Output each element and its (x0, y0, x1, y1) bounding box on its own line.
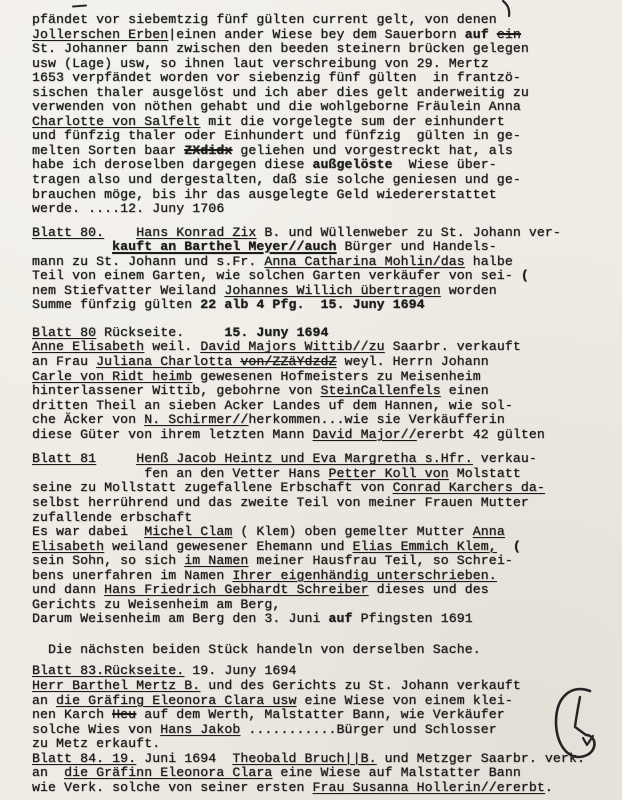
text-segment: Ihrer eigenhändig unterschrieben. (232, 568, 496, 583)
text-segment: seine zu Mollstatt zugefallene Erbschaft… (32, 480, 393, 495)
text-segment: Elias Emmich Klem, (353, 539, 497, 554)
text-segment: Rückseite. (96, 325, 224, 340)
text-segment: ererbt 42 gülten (417, 427, 545, 442)
text-line: solche Wies von Hans Jakob ...........Bü… (32, 723, 608, 738)
text-segment: weyl. Herrn Johann (337, 354, 489, 369)
text-segment (32, 239, 112, 254)
text-segment: Teil von einem Garten, wie solchen Garte… (32, 268, 521, 283)
text-line: Die nächsten beiden Stück handeln von de… (32, 643, 608, 658)
text-line: und fünfzig thaler oder Einhundert und f… (32, 129, 608, 144)
text-line: Gerichts zu Weisenheim am Berg, (32, 598, 608, 613)
text-segment: und dann (32, 582, 104, 597)
text-segment: sischen thaler ausgelöst und ich aber di… (32, 85, 529, 100)
text-segment: worden (441, 283, 497, 298)
text-segment: solche Wies von (32, 722, 160, 737)
text-line: diese Güter von ihrem letzten Mann David… (32, 428, 608, 443)
text-line: Jollerschen Erben|einen ander Wiese bey … (32, 28, 608, 43)
entry-blatt-81: Blatt 81 Henß Jacob Heintz und Eva Margr… (32, 452, 608, 627)
text-line: Elisabeth weiland gewesener Ehemann und … (32, 540, 608, 555)
text-segment: an (32, 693, 56, 708)
text-segment: an Frau (32, 354, 96, 369)
text-segment: Henß Jacob Heintz und Eva Margretha s.Hf… (136, 451, 473, 466)
text-segment: diese Güter von ihrem letzten Mann (32, 427, 312, 442)
text-line: 1653 verpfändet worden vor siebenzig fün… (32, 71, 608, 86)
text-segment: nem Stiefvatter Weiland (32, 283, 224, 298)
text-segment: außgelöste (312, 157, 392, 172)
text-segment: Blatt 83.Rückseite. (32, 663, 184, 678)
text-line: und dann Hans Friedrich Gebhardt Schreib… (32, 583, 608, 598)
text-segment: Darum Weisenheim am Berg den 3. Juni (32, 611, 329, 626)
text-segment: ( (513, 539, 521, 554)
text-segment (304, 297, 320, 312)
text-line: tragen also und dergestalten, daß sie so… (32, 173, 608, 188)
text-line: melten Sorten baar ZXdidx geliehen und v… (32, 144, 608, 159)
text-segment: und des Gerichts zu St. Johann verkauft (200, 678, 521, 693)
text-segment: Die nächsten beiden Stück handeln von de… (32, 642, 481, 657)
text-segment: 1653 verpfändet worden vor siebenzig fün… (32, 70, 521, 85)
text-segment: eine Wiese auf Malstatter Bann (272, 765, 520, 780)
entry-blatt-80-rueckseite: Blatt 80 Rückseite. 15. Juny 1694Anne El… (32, 326, 608, 442)
text-segment: St. Johanner bann zwischen den beeden st… (32, 41, 529, 56)
text-line: fen an den Vetter Hans Petter Koll von M… (32, 467, 608, 482)
text-segment: gewesenen Hofmeisters zu Meisenheim (192, 369, 481, 384)
text-line: werde. ....12. Juny 1706 (32, 202, 608, 217)
text-segment: Bürger und Handels- (337, 239, 497, 254)
text-segment (104, 225, 136, 240)
text-segment: tragen also und dergestalten, daß sie so… (32, 172, 521, 187)
pen-dash-mark (72, 4, 87, 7)
text-segment: im Namen (184, 553, 248, 568)
text-segment: Theobald Bruch||B. (232, 751, 376, 766)
text-segment: ( (521, 268, 529, 283)
text-segment: einen (441, 383, 489, 398)
text-line: Teil von einem Garten, wie solchen Garte… (32, 269, 608, 284)
text-segment: dieses und des (369, 582, 489, 597)
text-line: zufallende erbschaft (32, 511, 608, 526)
text-segment: nen Karch (32, 707, 112, 722)
handwritten-circled-number (550, 684, 602, 771)
text-line: zu Metz erkauft. (32, 737, 608, 752)
text-line: wie Verk. solche von seiner ersten Frau … (32, 781, 608, 796)
text-segment: ZXdidx (184, 143, 232, 158)
text-segment: ( Klem) oben gemelter Mutter (232, 524, 472, 539)
text-segment: . (545, 780, 553, 795)
text-segment: auf (329, 611, 353, 626)
text-segment: habe ich deroselben dargegen diese (32, 157, 312, 172)
text-segment: Molstatt (449, 466, 521, 481)
text-segment: Juni 1694 (136, 751, 232, 766)
text-segment: melten Sorten baar (32, 143, 184, 158)
text-segment: David Major// (312, 427, 416, 442)
entry-blatt-80: Blatt 80. Hans Konrad Zix B. und Wüllenw… (32, 226, 608, 313)
text-segment: 15. Juny 1694 (224, 325, 328, 340)
text-segment: David Majors Wittib//zu (200, 339, 384, 354)
text-segment: bens unerfahren im Namen (32, 568, 232, 583)
text-line: Blatt 81 Henß Jacob Heintz und Eva Margr… (32, 452, 608, 467)
text-line: kauft an Barthel Meyer//auch Bürger und … (32, 240, 608, 255)
entry-blatt-83-84: Blatt 83.Rückseite. 19. Juny 1694Herr Ba… (32, 664, 608, 795)
text-segment: weiland gewesener Ehemann und (104, 539, 352, 554)
text-segment: ...........Bürger und Schlosser (240, 722, 496, 737)
text-segment: verwenden von nöthen gehabt und die wohl… (32, 99, 521, 114)
text-segment: SteinCallenfels (321, 383, 441, 398)
text-segment: 15. Juny 1694 (321, 297, 425, 312)
text-segment: Hans Jakob (160, 722, 240, 737)
text-segment: Frau Susanna Hollerin//ererbt (312, 780, 544, 795)
text-segment: Juliana Charlotta (96, 354, 240, 369)
text-segment: Anne Elisabeth (32, 339, 144, 354)
text-line: sischen thaler ausgelöst und ich aber di… (32, 86, 608, 101)
text-segment: fen an den Vetter Hans (32, 466, 329, 481)
text-segment: Carle von Ridt heimb (32, 369, 192, 384)
text-segment: dritten Theil an sieben Acker Landes uf … (32, 398, 513, 413)
text-segment: zufallende erbschaft (32, 510, 192, 525)
pen-stroke-mark (497, 0, 519, 23)
text-segment: hinterlassener Wittib, gebohrne von (32, 383, 321, 398)
text-segment: werde. ....12. Juny 1706 (32, 201, 224, 216)
text-line: Herr Barthel Mertz B. und des Gerichts z… (32, 679, 608, 694)
text-line: Darum Weisenheim am Berg den 3. Juni auf… (32, 612, 608, 627)
text-line: an Frau Juliana Charlotta von/ZZäYdzdZ w… (32, 355, 608, 370)
text-segment: und fünfzig thaler oder Einhundert und f… (32, 128, 521, 143)
text-segment: Summe fünfzig gülten (32, 297, 200, 312)
text-segment: die Gräfinn Eleonora Clara (64, 765, 272, 780)
text-segment: pfändet vor siebemtzig fünf gülten curre… (32, 12, 497, 27)
text-segment: Charlotte von Salfelt (32, 114, 200, 129)
text-line: nen Karch Heu auf dem Werth, Malstatter … (32, 708, 608, 723)
text-segment: von/ZZäYdzdZ (240, 354, 336, 369)
text-segment: selbst herrührend und das zweite Teil vo… (32, 495, 529, 510)
text-line: che Äcker von N. Schirmer//herkommen...w… (32, 413, 608, 428)
text-segment (96, 451, 136, 466)
text-segment: mit die vorgelegte sum der einhundert (200, 114, 505, 129)
text-line: bens unerfahren im Namen Ihrer eigenhänd… (32, 569, 608, 584)
text-line: Carle von Ridt heimb gewesenen Hofmeiste… (32, 370, 608, 385)
typewritten-page: pfändet vor siebemtzig fünf gülten curre… (0, 0, 622, 800)
text-segment: auf (465, 27, 497, 42)
text-line: seine zu Mollstatt zugefallene Erbschaft… (32, 481, 608, 496)
text-segment: Hans Konrad Zix (136, 225, 256, 240)
text-segment (497, 539, 513, 554)
text-segment: 22 alb 4 Pfg. (200, 297, 304, 312)
text-segment: eine Wiese von einem klei- (296, 693, 512, 708)
text-segment: Jollerschen Erben (32, 27, 168, 42)
text-segment: Blatt 81 (32, 451, 96, 466)
text-segment: |einen ander Wiese bey dem Sauerborn (168, 27, 465, 42)
text-segment: an (32, 765, 64, 780)
text-segment: Johannes Willich übertragen (224, 283, 440, 298)
text-line: an die Gräfinn Eleonora Clara eine Wiese… (32, 766, 608, 781)
text-segment: Heu (112, 707, 136, 722)
text-line: Blatt 84. 19. Juni 1694 Theobald Bruch||… (32, 752, 608, 767)
text-line: mann zu St. Johann und s.Fr. Anna Cathar… (32, 255, 608, 270)
text-segment: Conrad Karchers da- (393, 480, 545, 495)
text-line: Blatt 80 Rückseite. 15. Juny 1694 (32, 326, 608, 341)
text-line: usw (Lage) usw, so ihnen laut verschreib… (32, 57, 608, 72)
text-line: brauchen möge, bis ihr das ausgelegte Ge… (32, 188, 608, 203)
text-segment: zu Metz erkauft. (32, 736, 160, 751)
text-segment: Anna (473, 524, 505, 539)
text-segment: weil. (144, 339, 200, 354)
text-line: sein Sohn, so sich im Namen meiner Hausf… (32, 554, 608, 569)
text-line: Blatt 80. Hans Konrad Zix B. und Wüllenw… (32, 226, 608, 241)
text-segment: Es war dabei (32, 524, 144, 539)
text-segment: brauchen möge, bis ihr das ausgelegte Ge… (32, 187, 497, 202)
text-segment: sein Sohn, so sich (32, 553, 184, 568)
text-line: Es war dabei Michel Clam ( Klem) oben ge… (32, 525, 608, 540)
document-lines: pfändet vor siebemtzig fünf gülten curre… (32, 13, 608, 795)
text-line: habe ich deroselben dargegen diese außge… (32, 158, 608, 173)
text-segment: Gerichts zu Weisenheim am Berg, (32, 597, 280, 612)
text-line: Charlotte von Salfelt mit die vorgelegte… (32, 115, 608, 130)
entry-pledge-1706: pfändet vor siebemtzig fünf gülten curre… (32, 13, 608, 217)
text-line: nem Stiefvatter Weiland Johannes Willich… (32, 284, 608, 299)
text-segment: Elisabeth (32, 539, 104, 554)
text-segment: Petter Koll von (329, 466, 449, 481)
text-line: Blatt 83.Rückseite. 19. Juny 1694 (32, 664, 608, 679)
text-segment: Wiese über- (393, 157, 497, 172)
text-line: hinterlassener Wittib, gebohrne von Stei… (32, 384, 608, 399)
text-line: selbst herrührend und das zweite Teil vo… (32, 496, 608, 511)
text-segment: Pfingsten 1691 (353, 611, 473, 626)
text-segment: Blatt 80 (32, 325, 96, 340)
text-segment: 19. Juny 1694 (184, 663, 296, 678)
text-segment: mann zu St. Johann und s.Fr. (32, 254, 264, 269)
text-segment: herkommen...wie sie Verkäufferin (248, 412, 504, 427)
text-line: Summe fünfzig gülten 22 alb 4 Pfg. 15. J… (32, 298, 608, 313)
text-line: pfändet vor siebemtzig fünf gülten curre… (32, 13, 608, 28)
text-segment: usw (Lage) usw, so ihnen laut verschreib… (32, 56, 489, 71)
text-segment: Blatt 84. 19. (32, 751, 136, 766)
text-line: Anne Elisabeth weil. David Majors Wittib… (32, 340, 608, 355)
text-segment: geliehen und vorgestreckt hat, als (232, 143, 512, 158)
text-line: St. Johanner bann zwischen den beeden st… (32, 42, 608, 57)
text-segment: kauft an Barthel Meyer//auch (112, 239, 336, 254)
note-same-matter: Die nächsten beiden Stück handeln von de… (32, 643, 608, 658)
text-segment: Anna Catharina Mohlin/das (264, 254, 464, 269)
text-segment: Blatt 80. (32, 225, 104, 240)
text-segment: wie Verk. solche von seiner ersten (32, 780, 312, 795)
text-segment: Hans Friedrich Gebhardt Schreiber (104, 582, 368, 597)
text-segment: Saarbr. verkauft (385, 339, 521, 354)
text-segment: die Gräfing Eleonora Clara usw (56, 693, 296, 708)
text-segment: halbe (465, 254, 513, 269)
text-segment: verkau- (473, 451, 537, 466)
text-segment: Herr Barthel Mertz B. (32, 678, 200, 693)
text-segment: ein (497, 27, 521, 42)
text-segment: N. Schirmer// (144, 412, 248, 427)
text-segment: B. und Wüllenweber zu St. Johann ver- (256, 225, 561, 240)
text-line: an die Gräfing Eleonora Clara usw eine W… (32, 694, 608, 709)
text-segment: Michel Clam (144, 524, 232, 539)
text-segment: meiner Hausfrau Teil, so Schrei- (248, 553, 512, 568)
text-segment: auf dem Werth, Malstatter Bann, wie Verk… (136, 707, 505, 722)
text-segment: che Äcker von (32, 412, 144, 427)
text-line: verwenden von nöthen gehabt und die wohl… (32, 100, 608, 115)
